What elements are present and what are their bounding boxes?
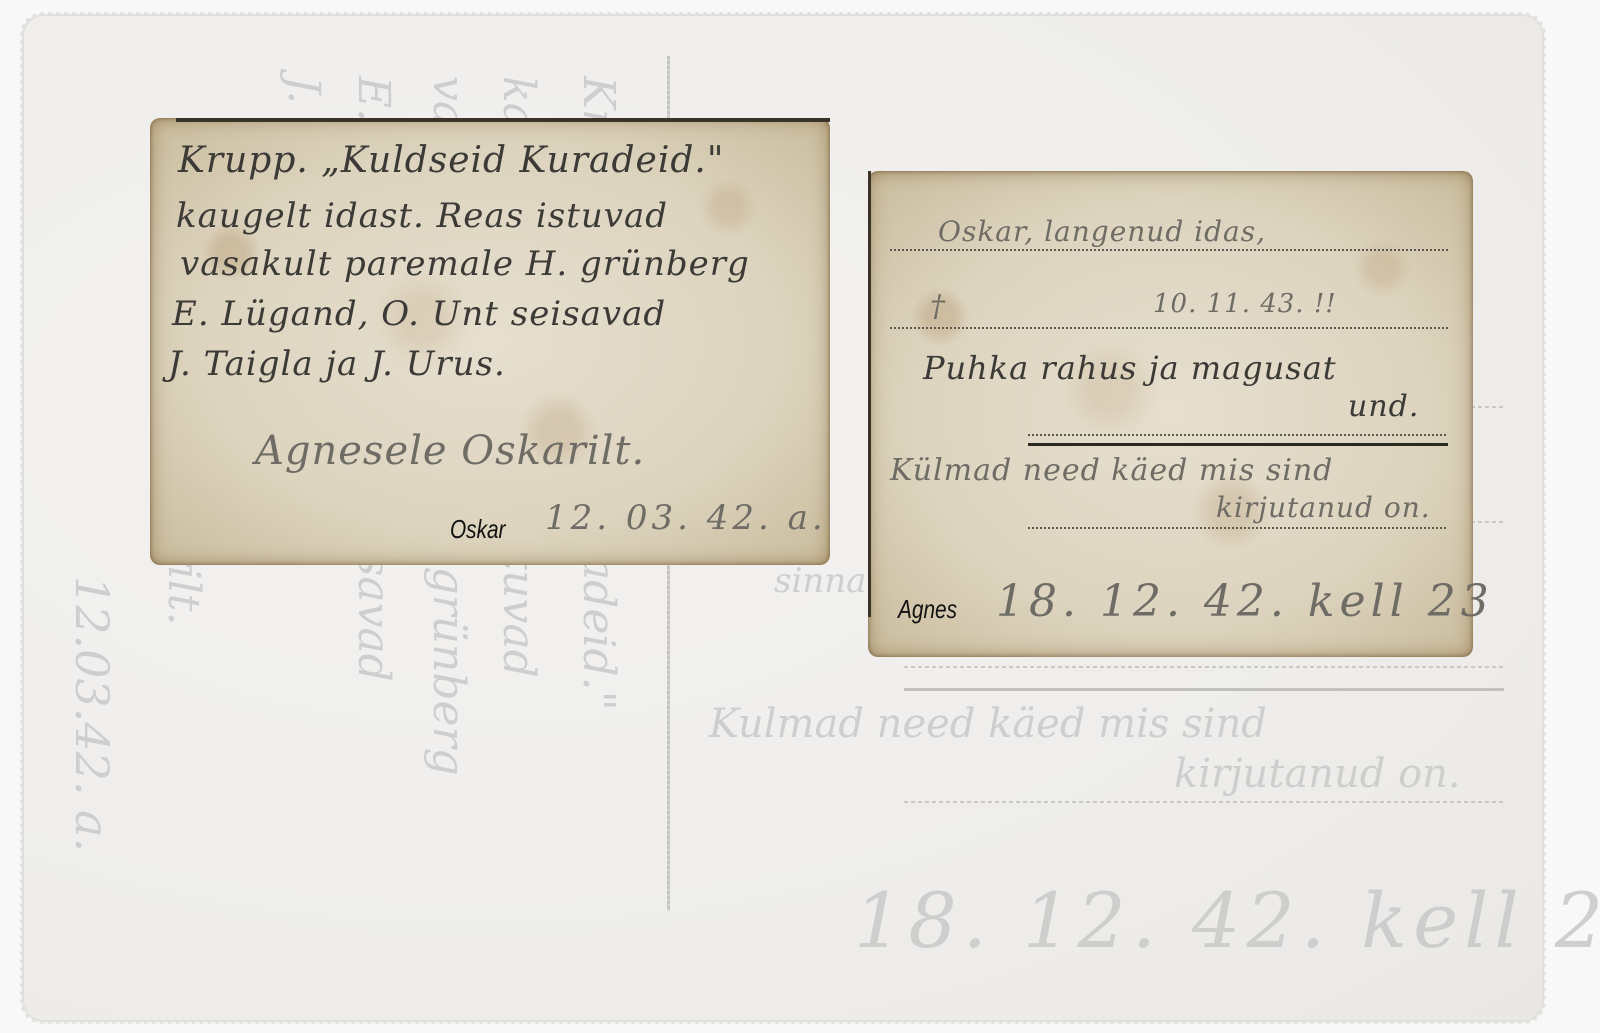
handwritten-line: Külmad need käed mis sind [890, 453, 1333, 488]
address-line [904, 801, 1504, 803]
handwritten-line: Krupp. „Kuldseid Kuradeid." [178, 140, 724, 181]
photo-back-right: Oskar, langenud idas, † 10. 11. 43. !! P… [868, 171, 1473, 657]
handwritten-line: kaugelt idast. Reas istuvad [176, 196, 668, 236]
address-line [904, 688, 1504, 691]
signature-label-agnes: Agnes [898, 594, 957, 625]
solid-rule [1028, 443, 1448, 446]
handwritten-date: 18. 12. 42. kell 23 [996, 576, 1494, 627]
handwritten-line: Puhka rahus ja magusat [923, 349, 1337, 387]
dotted-rule [1028, 434, 1448, 436]
address-line [904, 666, 1504, 668]
handwritten-line: vasakult paremale H. grünberg [180, 244, 750, 284]
cross-symbol: † [930, 289, 946, 324]
dotted-rule [1028, 527, 1448, 529]
ghost-text: kirjutanud on. [1174, 751, 1461, 797]
handwritten-line: E. Lügand, O. Unt seisavad [172, 294, 666, 334]
handwritten-line: Oskar, langenud idas, [938, 215, 1266, 248]
photo-back-left: Krupp. „Kuldseid Kuradeid." kaugelt idas… [150, 118, 830, 565]
ghost-text: sinna [774, 561, 866, 601]
ghost-text: Kulmad need käed mis sind [709, 701, 1267, 747]
death-date: 10. 11. 43. !! [1153, 289, 1337, 319]
dedication: Agnesele Oskarilt. [255, 428, 645, 474]
handwritten-date: 12. 03. 42. a. [545, 498, 827, 538]
dotted-rule [890, 327, 1450, 329]
dotted-rule [890, 249, 1450, 251]
handwritten-line: kirjutanud on. [1216, 491, 1431, 524]
ghost-text: 18. 12. 42. kell 23 [854, 876, 1600, 965]
signature-label-oskar: Oskar [450, 514, 505, 545]
ghost-text: 12.03.42. a. [65, 576, 119, 852]
handwritten-line: und. [1348, 389, 1419, 424]
handwritten-line: J. Taigla ja J. Urus. [168, 344, 506, 384]
